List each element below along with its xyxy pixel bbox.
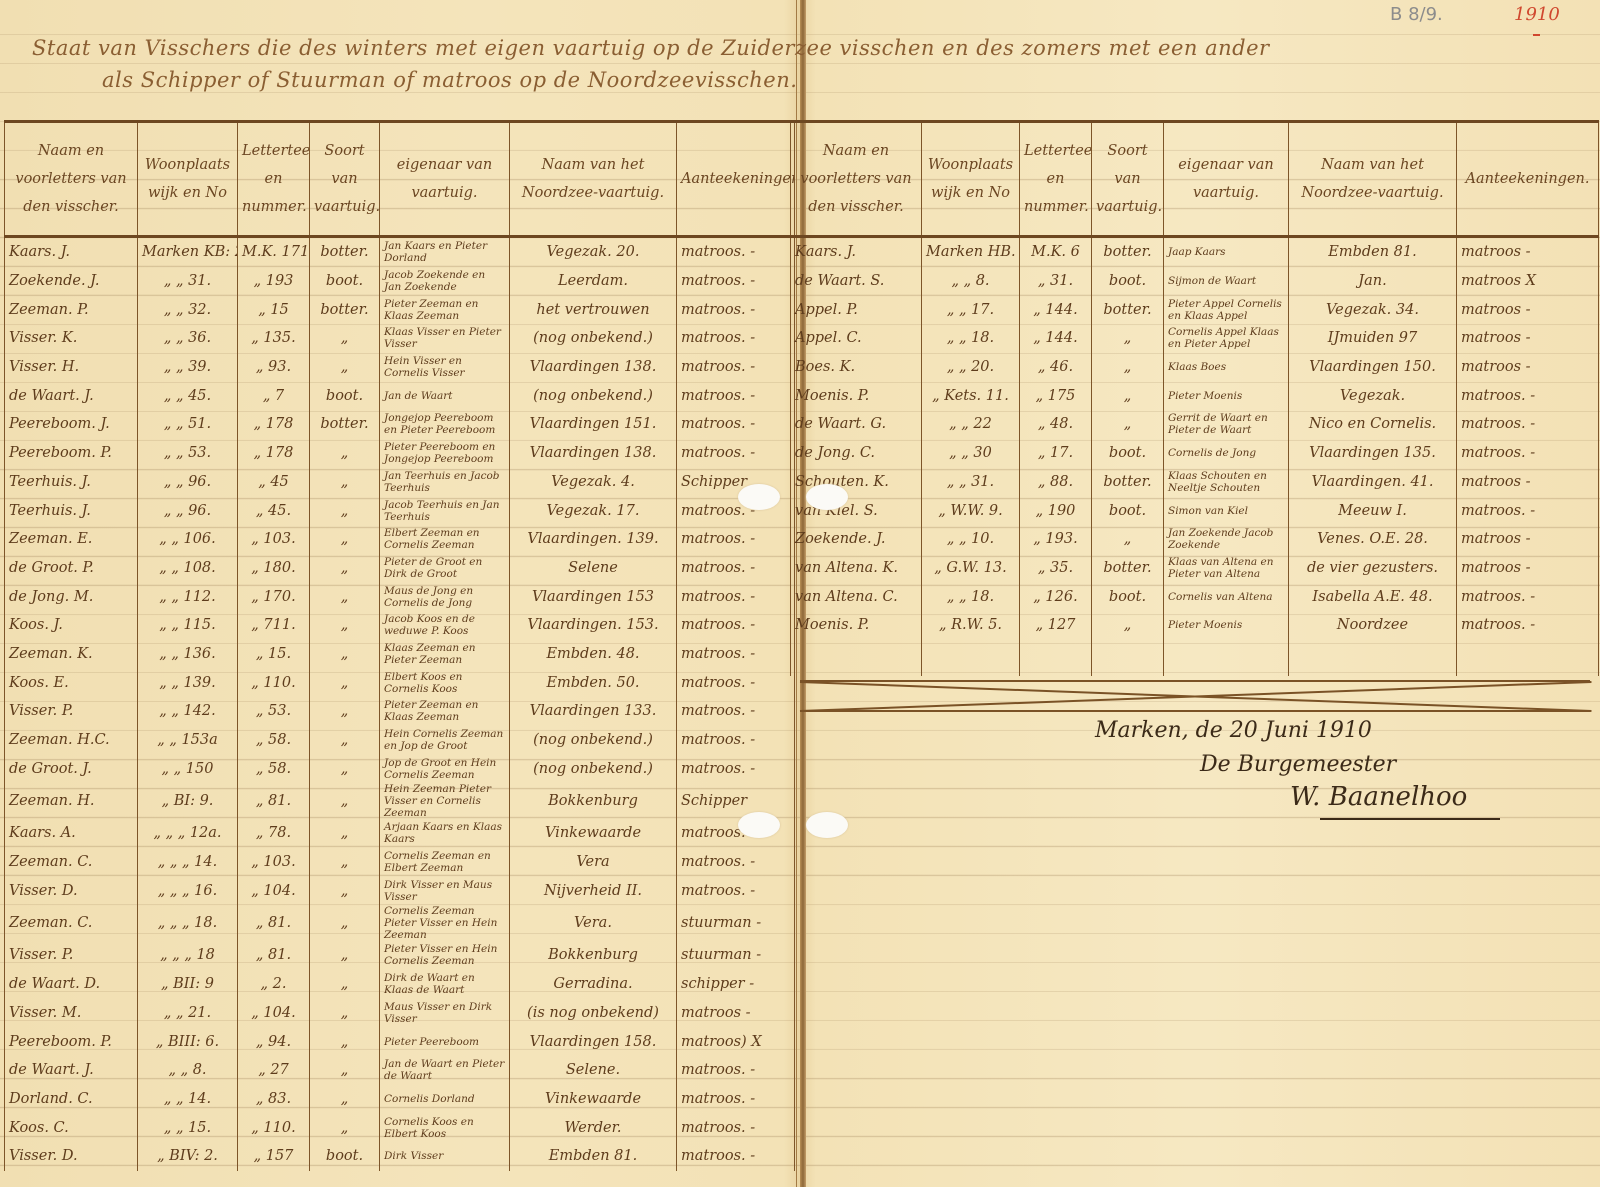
table-row: Kaars. A.„ „ „ 12a.„ 78.„Arjaan Kaars en…: [5, 819, 795, 848]
vessel-type: „: [310, 668, 380, 697]
northsea-vessel: Vera.: [510, 905, 677, 941]
table-row: de Waart. S.„ „ 8.„ 31.boot.Sijmon de Wa…: [791, 267, 1599, 296]
registration-mark: „ 94.: [238, 1027, 310, 1056]
vessel-type: „: [1092, 410, 1164, 439]
fisher-name: Zeeman. P.: [5, 295, 138, 324]
empty-cell: [791, 640, 922, 676]
registration-mark: „ 135.: [238, 324, 310, 353]
vessel-type: „: [1092, 525, 1164, 554]
remark: matroos. -: [677, 640, 795, 669]
registration-mark: „ 178: [238, 410, 310, 439]
registration-mark: „ 127: [1020, 611, 1092, 640]
col-header-residence: Woonplaats wijk en No: [922, 122, 1020, 237]
northsea-vessel: Vlaardingen 150.: [1289, 353, 1457, 382]
vessel-owner: Pieter Appel Cornelis en Klaas Appel: [1164, 295, 1289, 324]
remark: matroos. -: [1457, 582, 1599, 611]
binder-hole: [806, 484, 848, 510]
fisher-name: Zeeman. K.: [5, 640, 138, 669]
table-row: van Kiel. S.„ W.W. 9.„ 190boot.Simon van…: [791, 496, 1599, 525]
residence-ward: „ „ 20.: [922, 353, 1020, 382]
remark: stuurman -: [677, 941, 795, 970]
remark: matroos -: [1457, 237, 1599, 267]
remark: matroos. -: [1457, 496, 1599, 525]
northsea-vessel: Selene.: [510, 1056, 677, 1085]
vessel-owner: Cornelis van Altena: [1164, 582, 1289, 611]
northsea-vessel: IJmuiden 97: [1289, 324, 1457, 353]
northsea-vessel: Embden 81.: [1289, 237, 1457, 267]
fisher-name: Kaars. A.: [5, 819, 138, 848]
remark: matroos -: [1457, 353, 1599, 382]
fisher-name: de Waart. S.: [791, 267, 922, 296]
registration-mark: „ 7: [238, 381, 310, 410]
vessel-owner: Hein Zeeman Pieter Visser en Cornelis Ze…: [380, 783, 510, 819]
vessel-type: boot.: [1092, 267, 1164, 296]
table-row: Visser. D.„ BIV: 2.„ 157boot.Dirk Visser…: [5, 1142, 795, 1171]
vessel-owner: Dirk Visser en Maus Visser: [380, 876, 510, 905]
table-row: Kaars. J.Marken KB: 2.M.K. 171.botter.Ja…: [5, 237, 795, 267]
vessel-owner: Pieter Visser en Hein Cornelis Zeeman: [380, 941, 510, 970]
vessel-type: boot.: [1092, 496, 1164, 525]
residence-ward: „ „ 10.: [922, 525, 1020, 554]
fisher-name: Appel. P.: [791, 295, 922, 324]
northsea-vessel: Vlaardingen 158.: [510, 1027, 677, 1056]
vessel-type: „: [310, 941, 380, 970]
remark: matroos. -: [677, 848, 795, 877]
fisher-name: van Altena. K.: [791, 554, 922, 583]
remark: matroos. -: [1457, 611, 1599, 640]
vessel-type: „: [310, 848, 380, 877]
vessel-type: botter.: [1092, 554, 1164, 583]
residence-ward: „ „ 115.: [138, 611, 238, 640]
residence-ward: „ „ 51.: [138, 410, 238, 439]
remark: matroos -: [1457, 295, 1599, 324]
col-header-name: Naam en voorletters van den visscher.: [5, 122, 138, 237]
fisher-name: Teerhuis. J.: [5, 468, 138, 497]
vessel-type: „: [1092, 381, 1164, 410]
vessel-owner: Jan Zoekende Jacob Zoekende: [1164, 525, 1289, 554]
col-header-owner: eigenaar van vaartuig.: [1164, 122, 1289, 237]
residence-ward: „ BIV: 2.: [138, 1142, 238, 1171]
residence-ward: „ „ 136.: [138, 640, 238, 669]
residence-ward: „ „ 112.: [138, 582, 238, 611]
vessel-owner: Pieter Zeeman en Klaas Zeeman: [380, 295, 510, 324]
vessel-owner: Cornelis Zeeman en Elbert Zeeman: [380, 848, 510, 877]
remark: matroos. -: [677, 1085, 795, 1114]
left-table-header: Naam en voorletters van den visscher. Wo…: [5, 122, 795, 237]
northsea-vessel: Werder.: [510, 1113, 677, 1142]
fisher-name: de Waart. J.: [5, 1056, 138, 1085]
residence-ward: „ „ 53.: [138, 439, 238, 468]
vessel-owner: Jan de Waart: [380, 381, 510, 410]
vessel-type: boot.: [1092, 439, 1164, 468]
table-row: Teerhuis. J.„ „ 96.„ 45.„Jacob Teerhuis …: [5, 496, 795, 525]
registration-mark: „ 104.: [238, 999, 310, 1028]
vessel-type: „: [310, 876, 380, 905]
fisher-name: de Jong. M.: [5, 582, 138, 611]
table-closing-line-bottom: [800, 710, 1590, 712]
left-table-body: Kaars. J.Marken KB: 2.M.K. 171.botter.Ja…: [5, 237, 795, 1171]
registration-mark: „ 175: [1020, 381, 1092, 410]
table-row: Zoekende. J.„ „ 10.„ 193.„Jan Zoekende J…: [791, 525, 1599, 554]
table-row: Visser. P.„ „ 142.„ 53.„Pieter Zeeman en…: [5, 697, 795, 726]
vessel-type: boot.: [310, 1142, 380, 1171]
table-row: de Waart. D.„ BII: 9„ 2.„Dirk de Waart e…: [5, 970, 795, 999]
residence-ward: „ BII: 9: [138, 970, 238, 999]
residence-ward: Marken HB. 7: [922, 237, 1020, 267]
northsea-vessel: Vegezak. 4.: [510, 468, 677, 497]
fisher-name: de Groot. J.: [5, 754, 138, 783]
remark: matroos. -: [1457, 439, 1599, 468]
vessel-owner: Maus Visser en Dirk Visser: [380, 999, 510, 1028]
residence-ward: „ „ 22: [922, 410, 1020, 439]
table-row: Appel. P.„ „ 17.„ 144.botter.Pieter Appe…: [791, 295, 1599, 324]
table-closing-line-top: [800, 680, 1590, 682]
col-header-vessel-type: Soort van vaartuig.: [310, 122, 380, 237]
registration-mark: „ 45.: [238, 496, 310, 525]
residence-ward: „ „ 14.: [138, 1085, 238, 1114]
residence-ward: „ „ „ 14.: [138, 848, 238, 877]
table-row: Zeeman. K.„ „ 136.„ 15.„Klaas Zeeman en …: [5, 640, 795, 669]
vessel-type: „: [1092, 353, 1164, 382]
residence-ward: „ „ 150: [138, 754, 238, 783]
northsea-vessel: Embden 81.: [510, 1142, 677, 1171]
fisher-name: Zeeman. C.: [5, 848, 138, 877]
northsea-vessel: Bokkenburg: [510, 783, 677, 819]
table-row: Visser. H.„ „ 39.„ 93.„Hein Visser en Co…: [5, 353, 795, 382]
remark: matroos. -: [677, 611, 795, 640]
col-header-registration: Letterteeken en nummer.: [1020, 122, 1092, 237]
vessel-owner: Pieter Peereboom: [380, 1027, 510, 1056]
table-row: van Altena. K.„ G.W. 13.„ 35.botter.Klaa…: [791, 554, 1599, 583]
registration-mark: „ 15.: [238, 640, 310, 669]
vessel-type: „: [1092, 324, 1164, 353]
archive-reference-year: 1910: [1514, 4, 1560, 25]
fisher-name: de Jong. C.: [791, 439, 922, 468]
registration-mark: „ 88.: [1020, 468, 1092, 497]
table-row: Visser. K.„ „ 36.„ 135.„Klaas Visser en …: [5, 324, 795, 353]
right-page-register-table: Naam en voorletters van den visscher. Wo…: [790, 120, 1599, 676]
residence-ward: „ „ 153a: [138, 726, 238, 755]
vessel-owner: Jaap Kaars: [1164, 237, 1289, 267]
vessel-type: botter.: [1092, 468, 1164, 497]
vessel-owner: Sijmon de Waart: [1164, 267, 1289, 296]
vessel-type: „: [310, 970, 380, 999]
vessel-owner: Arjaan Kaars en Klaas Kaars: [380, 819, 510, 848]
northsea-vessel: Embden. 50.: [510, 668, 677, 697]
registration-mark: „ 35.: [1020, 554, 1092, 583]
registration-mark: „ 78.: [238, 819, 310, 848]
table-row: Koos. J.„ „ 115.„ 711.„Jacob Koos en de …: [5, 611, 795, 640]
fisher-name: Visser. H.: [5, 353, 138, 382]
registration-mark: „ 190: [1020, 496, 1092, 525]
registration-mark: „ 170.: [238, 582, 310, 611]
table-row: de Waart. G.„ „ 22„ 48.„Gerrit de Waart …: [791, 410, 1599, 439]
vessel-owner: Cornelis Appel Klaas en Pieter Appel: [1164, 324, 1289, 353]
remark: matroos -: [1457, 525, 1599, 554]
northsea-vessel: Vlaardingen 138.: [510, 439, 677, 468]
northsea-vessel: (nog onbekend.): [510, 324, 677, 353]
residence-ward: „ „ 15.: [138, 1113, 238, 1142]
vessel-owner: Hein Cornelis Zeeman en Jop de Groot: [380, 726, 510, 755]
northsea-vessel: Nijverheid II.: [510, 876, 677, 905]
table-row: Zeeman. C.„ „ „ 14.„ 103.„Cornelis Zeema…: [5, 848, 795, 877]
fisher-name: Peereboom. P.: [5, 439, 138, 468]
vessel-owner: Pieter Zeeman en Klaas Zeeman: [380, 697, 510, 726]
residence-ward: „ R.W. 5.: [922, 611, 1020, 640]
northsea-vessel: Vegezak. 20.: [510, 237, 677, 267]
vessel-type: „: [310, 754, 380, 783]
fisher-name: de Groot. P.: [5, 554, 138, 583]
vessel-owner: Pieter Peereboom en Jongejop Peereboom: [380, 439, 510, 468]
registration-mark: „ 180.: [238, 554, 310, 583]
signature-place-date: Marken, de 20 Juni 1910: [1095, 718, 1372, 743]
residence-ward: Marken KB: 2.: [138, 237, 238, 267]
vessel-owner: Jacob Koos en de weduwe P. Koos: [380, 611, 510, 640]
fisher-name: Kaars. J.: [5, 237, 138, 267]
registration-mark: „ 31.: [1020, 267, 1092, 296]
vessel-type: botter.: [310, 237, 380, 267]
table-row: de Waart. J.„ „ 8.„ 27„Jan de Waart en P…: [5, 1056, 795, 1085]
registration-mark: „ 193: [238, 267, 310, 296]
registration-mark: „ 15: [238, 295, 310, 324]
col-header-northsea-vessel: Naam van het Noordzee-vaartuig.: [1289, 122, 1457, 237]
northsea-vessel: Vegezak. 17.: [510, 496, 677, 525]
registration-mark: „ 53.: [238, 697, 310, 726]
vessel-type: „: [310, 439, 380, 468]
vessel-owner: Cornelis Dorland: [380, 1085, 510, 1114]
vessel-owner: Hein Visser en Cornelis Visser: [380, 353, 510, 382]
table-row: de Groot. J.„ „ 150„ 58.„Jop de Groot en…: [5, 754, 795, 783]
table-row: van Altena. C.„ „ 18.„ 126.boot.Cornelis…: [791, 582, 1599, 611]
col-header-remarks: Aanteekeningen.: [1457, 122, 1599, 237]
vessel-type: „: [310, 1085, 380, 1114]
fisher-name: Boes. K.: [791, 353, 922, 382]
vessel-owner: Gerrit de Waart en Pieter de Waart: [1164, 410, 1289, 439]
remark: matroos. -: [677, 582, 795, 611]
remark: matroos. -: [1457, 381, 1599, 410]
residence-ward: „ „ 32.: [138, 295, 238, 324]
empty-cell: [1020, 640, 1092, 676]
residence-ward: „ Kets. 11.: [922, 381, 1020, 410]
remark: matroos. -: [677, 726, 795, 755]
right-table-header: Naam en voorletters van den visscher. Wo…: [791, 122, 1599, 237]
northsea-vessel: Vlaardingen. 153.: [510, 611, 677, 640]
vessel-type: boot.: [310, 381, 380, 410]
fisher-name: de Waart. J.: [5, 381, 138, 410]
vessel-type: botter.: [310, 295, 380, 324]
signature-underline: [1320, 818, 1500, 820]
signature-role: De Burgemeester: [1200, 752, 1396, 777]
northsea-vessel: Vlaardingen 133.: [510, 697, 677, 726]
remark: matroos. -: [677, 876, 795, 905]
binder-hole: [738, 812, 780, 838]
table-row: Appel. C.„ „ 18.„ 144.„Cornelis Appel Kl…: [791, 324, 1599, 353]
registration-mark: „ 126.: [1020, 582, 1092, 611]
red-pencil-mark: [1533, 34, 1540, 36]
table-row: Moenis. P.„ Kets. 11.„ 175„Pieter Moenis…: [791, 381, 1599, 410]
registration-mark: M.K. 171.: [238, 237, 310, 267]
northsea-vessel: het vertrouwen: [510, 295, 677, 324]
vessel-owner: Maus de Jong en Cornelis de Jong: [380, 582, 510, 611]
registration-mark: „ 93.: [238, 353, 310, 382]
registration-mark: „ 104.: [238, 876, 310, 905]
table-row: de Jong. C.„ „ 30„ 17.boot.Cornelis de J…: [791, 439, 1599, 468]
vessel-owner: Jacob Teerhuis en Jan Teerhuis: [380, 496, 510, 525]
vessel-owner: Simon van Kiel: [1164, 496, 1289, 525]
table-row: Moenis. P.„ R.W. 5.„ 127„Pieter MoenisNo…: [791, 611, 1599, 640]
table-row: Peereboom. J.„ „ 51.„ 178botter.Jongejop…: [5, 410, 795, 439]
registration-mark: M.K. 6: [1020, 237, 1092, 267]
vessel-type: „: [310, 640, 380, 669]
registration-mark: „ 103.: [238, 848, 310, 877]
remark: matroos. -: [677, 1056, 795, 1085]
binder-hole: [806, 812, 848, 838]
fisher-name: Appel. C.: [791, 324, 922, 353]
vessel-owner: Jan de Waart en Pieter de Waart: [380, 1056, 510, 1085]
residence-ward: „ „ 18.: [922, 324, 1020, 353]
residence-ward: „ BIII: 6.: [138, 1027, 238, 1056]
vessel-owner: Pieter Moenis: [1164, 611, 1289, 640]
northsea-vessel: Meeuw I.: [1289, 496, 1457, 525]
table-row: Peereboom. P.„ BIII: 6.„ 94.„Pieter Peer…: [5, 1027, 795, 1056]
residence-ward: „ „ 142.: [138, 697, 238, 726]
remark: matroos. -: [677, 697, 795, 726]
vessel-type: „: [310, 1056, 380, 1085]
remark: matroos. -: [677, 1113, 795, 1142]
fisher-name: de Waart. D.: [5, 970, 138, 999]
registration-mark: „ 144.: [1020, 324, 1092, 353]
table-row: Zeeman. E.„ „ 106.„ 103.„Elbert Zeeman e…: [5, 525, 795, 554]
northsea-vessel: (is nog onbekend): [510, 999, 677, 1028]
fisher-name: Visser. M.: [5, 999, 138, 1028]
northsea-vessel: Vinkewaarde: [510, 1085, 677, 1114]
vessel-type: „: [310, 1027, 380, 1056]
registration-mark: „ 193.: [1020, 525, 1092, 554]
fisher-name: Moenis. P.: [791, 611, 922, 640]
remark: matroos. -: [677, 754, 795, 783]
residence-ward: „ „ 30: [922, 439, 1020, 468]
vessel-type: „: [310, 468, 380, 497]
registration-mark: „ 157: [238, 1142, 310, 1171]
signature-name: W. Baanelhoo: [1290, 782, 1467, 812]
northsea-vessel: Vlaardingen 153: [510, 582, 677, 611]
col-header-northsea-vessel: Naam van het Noordzee-vaartuig.: [510, 122, 677, 237]
vessel-type: „: [1092, 611, 1164, 640]
table-row: Visser. D.„ „ „ 16.„ 104.„Dirk Visser en…: [5, 876, 795, 905]
remark: matroos -: [1457, 554, 1599, 583]
table-row: de Jong. M.„ „ 112.„ 170.„Maus de Jong e…: [5, 582, 795, 611]
residence-ward: „ „ 96.: [138, 496, 238, 525]
registration-mark: „ 83.: [238, 1085, 310, 1114]
registration-mark: „ 48.: [1020, 410, 1092, 439]
remark: stuurman -: [677, 905, 795, 941]
registration-mark: „ 27: [238, 1056, 310, 1085]
col-header-name: Naam en voorletters van den visscher.: [791, 122, 922, 237]
northsea-vessel: Gerradina.: [510, 970, 677, 999]
table-row: Koos. C.„ „ 15.„ 110.„Cornelis Koos en E…: [5, 1113, 795, 1142]
vessel-type: „: [310, 611, 380, 640]
northsea-vessel: Leerdam.: [510, 267, 677, 296]
remark: matroos) X: [677, 1027, 795, 1056]
vessel-type: „: [310, 496, 380, 525]
table-row: Visser. M.„ „ 21.„ 104.„Maus Visser en D…: [5, 999, 795, 1028]
vessel-owner: Cornelis Zeeman Pieter Visser en Hein Ze…: [380, 905, 510, 941]
table-row: Zoekende. J.„ „ 31.„ 193boot.Jacob Zoeke…: [5, 267, 795, 296]
remark: matroos. -: [677, 554, 795, 583]
archive-reference-code: B 8/9.: [1390, 4, 1443, 25]
residence-ward: „ „ 18.: [922, 582, 1020, 611]
col-header-residence: Woonplaats wijk en No: [138, 122, 238, 237]
residence-ward: „ „ 108.: [138, 554, 238, 583]
vessel-type: „: [310, 726, 380, 755]
registration-mark: „ 2.: [238, 970, 310, 999]
remark: matroos X: [1457, 267, 1599, 296]
northsea-vessel: Vlaardingen 135.: [1289, 439, 1457, 468]
registration-mark: „ 103.: [238, 525, 310, 554]
remark: matroos. -: [677, 353, 795, 382]
remark: matroos -: [1457, 468, 1599, 497]
vessel-owner: Pieter de Groot en Dirk de Groot: [380, 554, 510, 583]
fisher-name: Visser. K.: [5, 324, 138, 353]
vessel-owner: Jan Teerhuis en Jacob Teerhuis: [380, 468, 510, 497]
vessel-type: botter.: [1092, 237, 1164, 267]
northsea-vessel: Vlaardingen 151.: [510, 410, 677, 439]
vessel-owner: Elbert Koos en Cornelis Koos: [380, 668, 510, 697]
northsea-vessel: Vera: [510, 848, 677, 877]
vessel-type: „: [310, 554, 380, 583]
vessel-type: botter.: [310, 410, 380, 439]
table-row: Teerhuis. J.„ „ 96.„ 45„Jan Teerhuis en …: [5, 468, 795, 497]
fisher-name: de Waart. G.: [791, 410, 922, 439]
residence-ward: „ „ „ 12a.: [138, 819, 238, 848]
registration-mark: „ 178: [238, 439, 310, 468]
registration-mark: „ 58.: [238, 726, 310, 755]
fisher-name: Dorland. C.: [5, 1085, 138, 1114]
residence-ward: „ „ 36.: [138, 324, 238, 353]
northsea-vessel: de vier gezusters.: [1289, 554, 1457, 583]
left-page-register-table: Naam en voorletters van den visscher. Wo…: [4, 120, 795, 1171]
vessel-owner: Dirk Visser: [380, 1142, 510, 1171]
registration-mark: „ 711.: [238, 611, 310, 640]
vessel-owner: Klaas Boes: [1164, 353, 1289, 382]
residence-ward: „ „ „ 16.: [138, 876, 238, 905]
table-row: de Groot. P.„ „ 108.„ 180.„Pieter de Gro…: [5, 554, 795, 583]
col-header-vessel-type: Soort van vaartuig.: [1092, 122, 1164, 237]
table-row: Visser. P.„ „ „ 18„ 81.„Pieter Visser en…: [5, 941, 795, 970]
col-header-remarks: Aanteekeningen.: [677, 122, 795, 237]
remark: matroos. -: [677, 324, 795, 353]
residence-ward: „ „ „ 18: [138, 941, 238, 970]
remark: matroos. -: [677, 267, 795, 296]
residence-ward: „ „ 17.: [922, 295, 1020, 324]
remark: matroos. -: [677, 1142, 795, 1171]
registration-mark: „ 58.: [238, 754, 310, 783]
document-title-line2: als Schipper of Stuurman of matroos op d…: [102, 68, 797, 92]
northsea-vessel: Selene: [510, 554, 677, 583]
residence-ward: „ „ 96.: [138, 468, 238, 497]
fisher-name: Peereboom. J.: [5, 410, 138, 439]
vessel-owner: Jongejop Peereboom en Pieter Peereboom: [380, 410, 510, 439]
empty-row: [791, 640, 1599, 676]
vessel-type: „: [310, 697, 380, 726]
vessel-owner: Elbert Zeeman en Cornelis Zeeman: [380, 525, 510, 554]
table-row: Dorland. C.„ „ 14.„ 83.„Cornelis Dorland…: [5, 1085, 795, 1114]
remark: matroos. -: [677, 668, 795, 697]
fisher-name: van Altena. C.: [791, 582, 922, 611]
vessel-type: „: [310, 582, 380, 611]
fisher-name: Zeeman. C.: [5, 905, 138, 941]
residence-ward: „ „ „ 18.: [138, 905, 238, 941]
